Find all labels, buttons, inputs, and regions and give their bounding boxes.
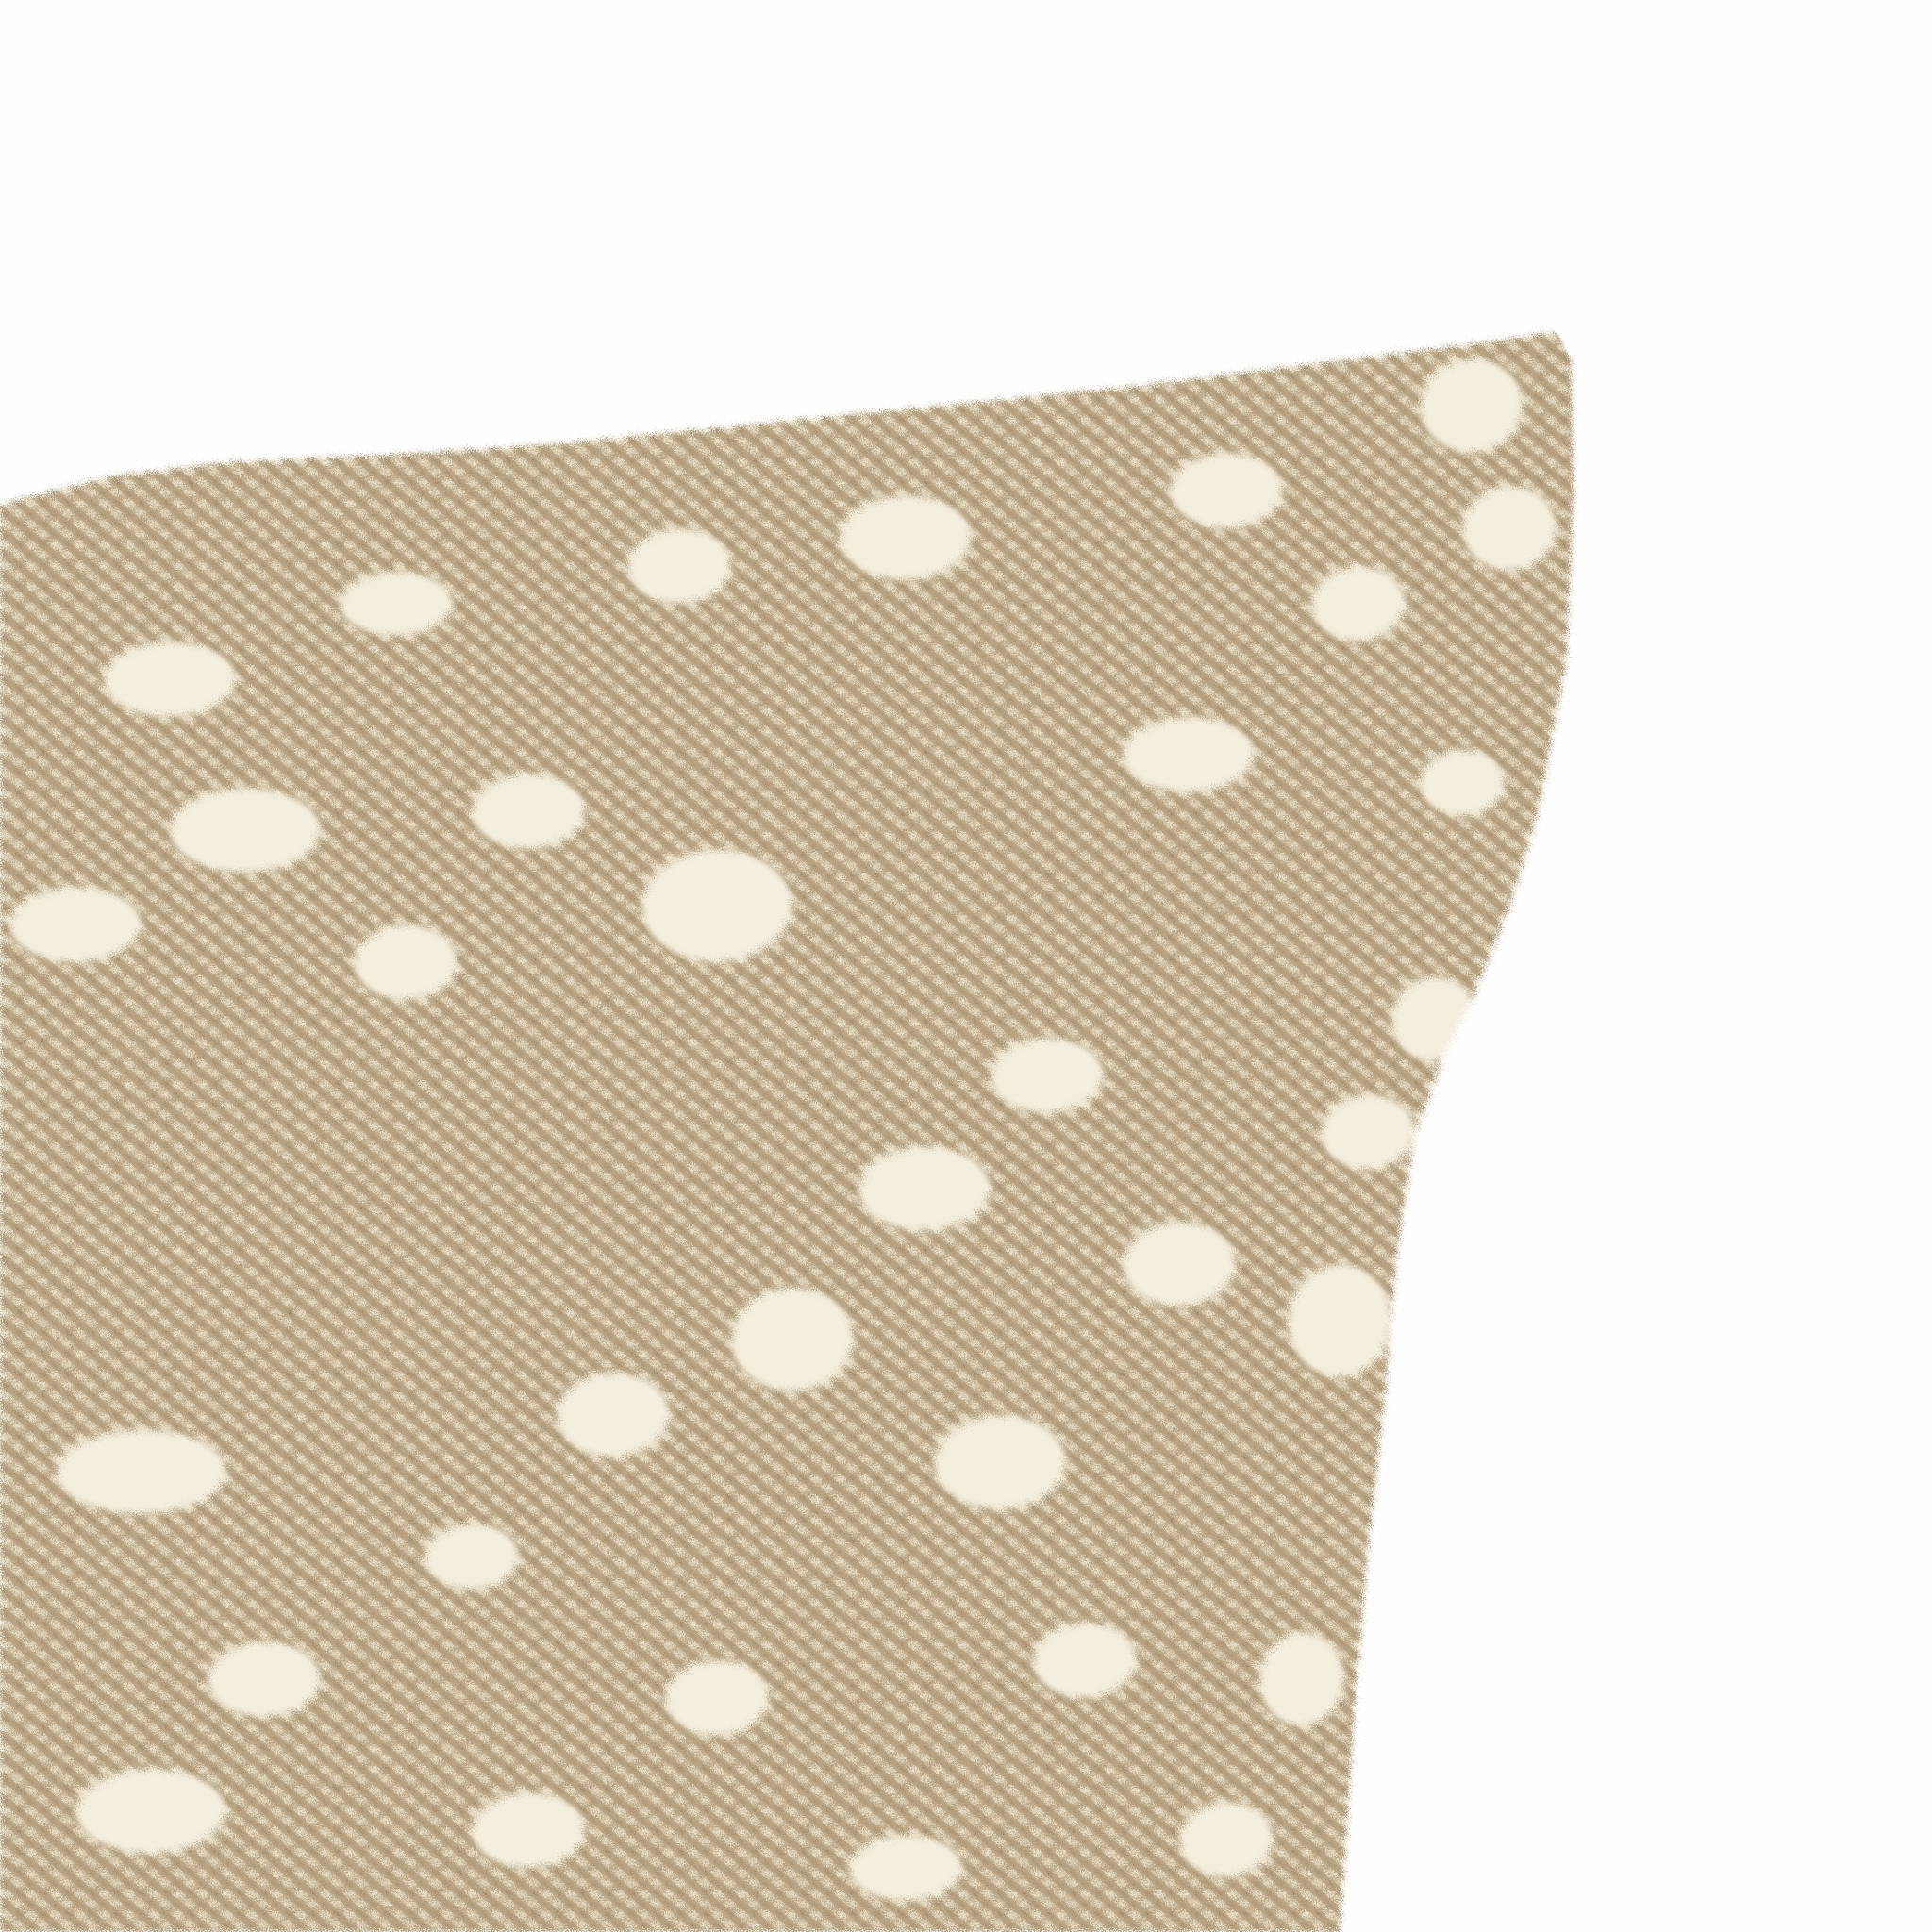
pillow-body	[0, 283, 1604, 1932]
pillow-fabric	[0, 0, 1932, 1932]
product-photo: Close-up of the top-right corner of a bo…	[0, 0, 1932, 1932]
